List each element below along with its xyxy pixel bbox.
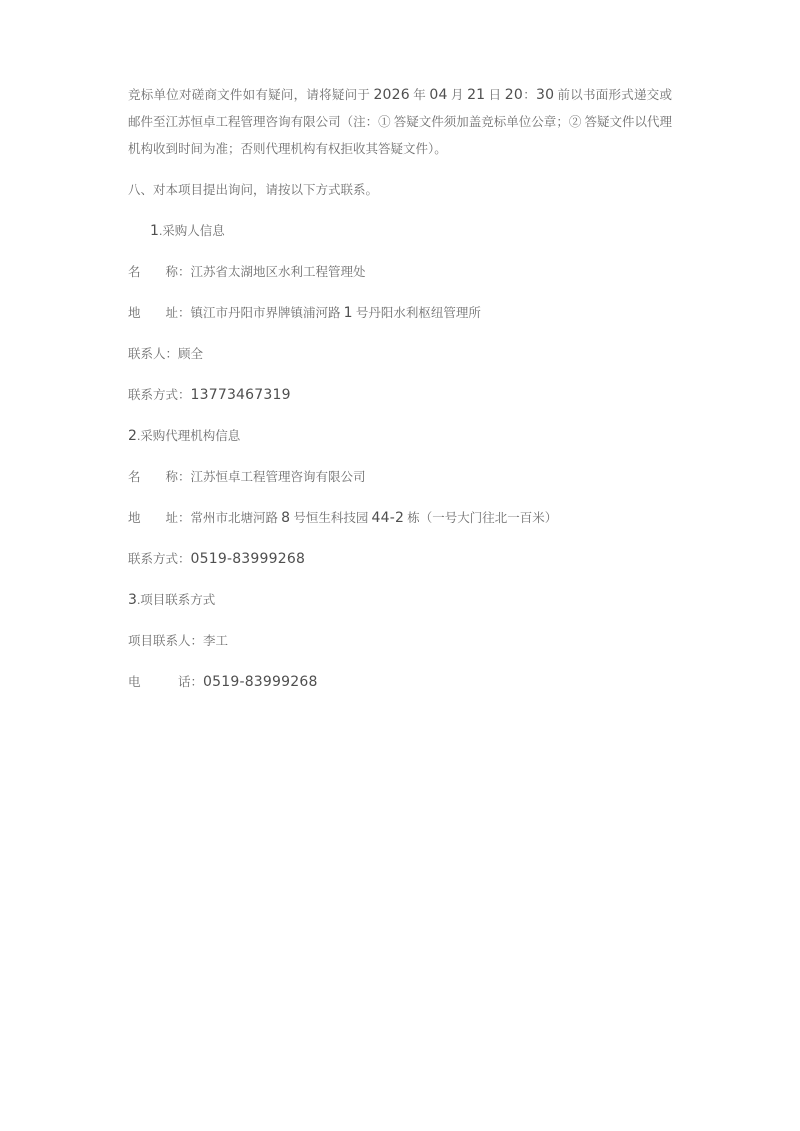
agency-info-heading: 2.采购代理机构信息 — [128, 423, 672, 450]
purchaser-name-line: 名 称：江苏省太湖地区水利工程管理处 — [128, 259, 672, 286]
document-page: 竞标单位对磋商文件如有疑问，请将疑问于 2026 年 04 月 21 日 20：… — [0, 0, 800, 1131]
purchaser-phone-line: 联系方式：13773467319 — [128, 382, 672, 409]
project-contact-heading: 3.项目联系方式 — [128, 587, 672, 614]
numeric-text: 0519-83999268 — [203, 674, 318, 690]
numeric-text: 2 — [128, 428, 137, 444]
numeric-text: 1 — [344, 305, 353, 321]
numeric-text: 04 — [429, 87, 447, 103]
project-phone-line: 电 话：0519-83999268 — [128, 669, 672, 696]
inquiry-deadline-paragraph: 竞标单位对磋商文件如有疑问，请将疑问于 2026 年 04 月 21 日 20：… — [128, 82, 672, 163]
section-8-heading: 八、对本项目提出询问，请按以下方式联系。 — [128, 177, 672, 204]
numeric-text: 1 — [150, 223, 159, 239]
purchaser-info-heading: 1.采购人信息 — [128, 218, 672, 245]
numeric-text: 3 — [128, 592, 137, 608]
numeric-text: 13773467319 — [191, 387, 291, 403]
project-contact-person-line: 项目联系人：李工 — [128, 628, 672, 655]
numeric-text: 44-2 — [372, 510, 405, 526]
purchaser-address-line: 地 址：镇江市丹阳市界牌镇浦河路 1 号丹阳水利枢纽管理所 — [128, 300, 672, 327]
numeric-text: 20 — [505, 87, 523, 103]
numeric-text: 30 — [536, 87, 554, 103]
agency-name-line: 名 称：江苏恒卓工程管理咨询有限公司 — [128, 464, 672, 491]
agency-address-line: 地 址：常州市北塘河路 8 号恒生科技园 44-2 栋（一号大门往北一百米） — [128, 505, 672, 532]
numeric-text: 8 — [281, 510, 290, 526]
purchaser-contact-person-line: 联系人：顾全 — [128, 341, 672, 368]
numeric-text: 2026 — [373, 87, 409, 103]
numeric-text: 21 — [467, 87, 485, 103]
agency-phone-line: 联系方式：0519-83999268 — [128, 546, 672, 573]
numeric-text: 0519-83999268 — [191, 551, 306, 567]
